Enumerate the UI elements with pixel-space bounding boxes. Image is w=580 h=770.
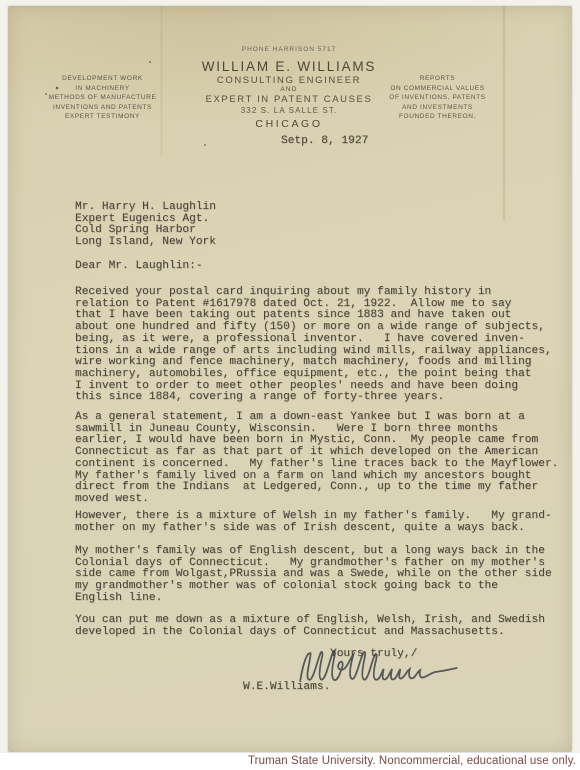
salutation: Dear Mr. Laughlin:- [75, 261, 203, 273]
body-paragraph-1: Received your postal card inquiring abou… [75, 287, 552, 404]
body-paragraph-5: You can put me down as a mixture of Engl… [75, 615, 545, 638]
scanned-letter-page: DEVELOPMENT WORK IN MACHINERY METHODS OF… [0, 0, 580, 770]
date-line: Setp. 8, 1927 [281, 136, 368, 148]
scan-footer: Truman State University. Noncommercial, … [0, 753, 580, 770]
body-paragraph-4: My mother's family was of English descen… [75, 546, 552, 605]
body-paragraph-3: However, there is a mixture of Welsh in … [75, 511, 552, 534]
recipient-address: Mr. Harry H. Laughlin Expert Eugenics Ag… [75, 202, 216, 249]
credit-text: Truman State University. Noncommercial, … [248, 753, 580, 770]
body-paragraph-2: As a general statement, I am a down-east… [75, 412, 558, 506]
letterhead-phone: PHONE HARRISON 5717 [129, 46, 449, 53]
typed-signature: W.E.Williams. [243, 682, 330, 694]
letterhead-name: WILLIAM E. WILLIAMS [129, 59, 449, 74]
letterhead-right-services: REPORTS ON COMMERCIAL VALUES OF INVENTIO… [355, 74, 520, 122]
